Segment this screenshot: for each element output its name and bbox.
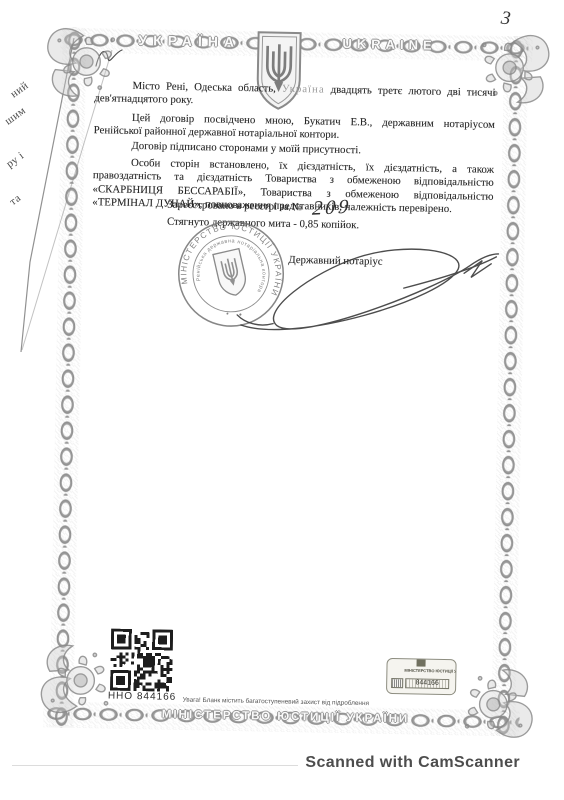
hologram-box: [391, 677, 403, 687]
hologram-title: МІНІСТЕРСТВО ЮСТИЦІЇ УКРАЇНИ: [404, 668, 438, 673]
border-word-ukraine: UKRAINE: [342, 36, 437, 53]
notary-signature: [207, 218, 525, 356]
underlying-text-fragment: ру і: [4, 150, 26, 171]
scanned-page: ний шим ру і та УКРАЇНА UKRAINE МІНІСТЕР…: [0, 0, 564, 800]
hologram-sticker: МІНІСТЕРСТВО ЮСТИЦІЇ УКРАЇНИ 844166: [386, 658, 457, 695]
underlying-text-fragment: ний: [8, 80, 31, 101]
registry-number-handwritten: 209: [311, 196, 352, 221]
hologram-trident-icon: [417, 658, 426, 666]
registry-label: Зареєстровано в реєстрі за №: [167, 199, 302, 214]
page-edge-shadow: [12, 765, 298, 766]
ukraina-watermark: Україна: [282, 83, 325, 96]
border-word-ukraina: УКРАЇНА: [138, 32, 240, 50]
border-right: [491, 36, 528, 736]
hologram-number: 844166: [406, 679, 448, 688]
page-number-handwritten: 3: [500, 8, 512, 31]
corner-ornament: [33, 633, 121, 721]
hologram-barcode: 844166: [405, 678, 449, 689]
qr-code: [110, 629, 173, 692]
qr-serial-label: ННО 844166: [108, 691, 177, 703]
underlying-text-fragment: шим: [3, 104, 29, 127]
city-text: Місто Рені, Одеська область,: [132, 80, 276, 95]
corner-ornament: [453, 657, 541, 745]
notarial-document: УКРАЇНА UKRAINE МІНІСТЕРСТВО ЮСТИЦІЇ УКР…: [29, 17, 555, 741]
border-left: [49, 28, 86, 728]
camscanner-watermark: Scanned with CamScanner: [305, 754, 520, 772]
paragraph-city-date: Місто Рені, Одеська область, Україна два…: [94, 79, 495, 114]
underlying-text-fragment: та: [8, 192, 24, 208]
